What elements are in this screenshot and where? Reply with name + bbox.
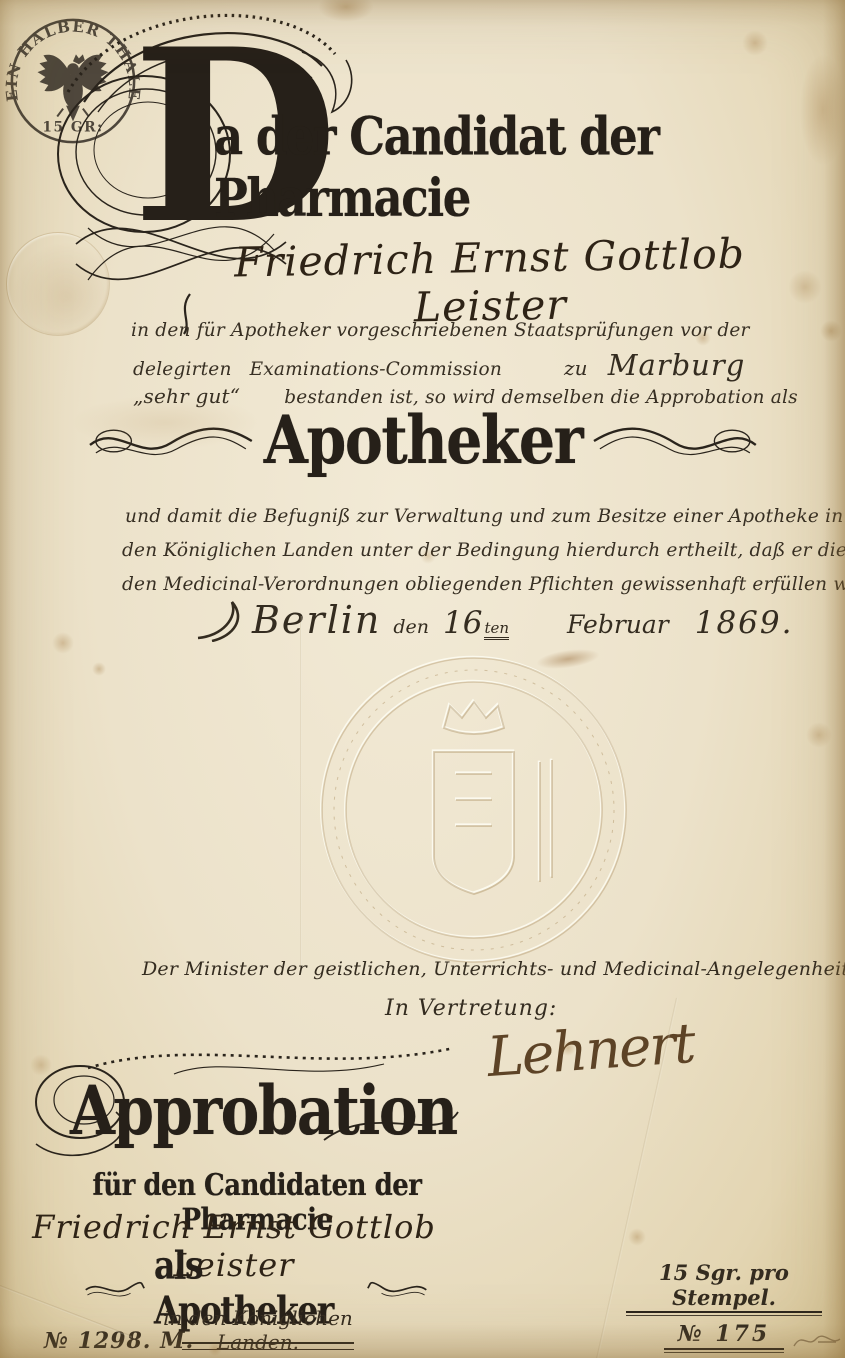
date-month: Februar bbox=[567, 610, 669, 639]
flourish-icon bbox=[196, 598, 250, 642]
body-line: den Königlichen Landen unter der Bedingu… bbox=[122, 540, 845, 561]
date-place: Berlin bbox=[252, 598, 381, 642]
stain bbox=[52, 632, 74, 654]
stain bbox=[628, 1228, 646, 1246]
body-line: delegirten Examinations-Commission zu Ma… bbox=[133, 348, 745, 382]
embossed-royal-seal-icon bbox=[306, 642, 642, 978]
certificate-page: EIN HALBER THALER 15 GR: bbox=[0, 0, 845, 1358]
examination-city: Marburg bbox=[608, 348, 746, 382]
stain bbox=[92, 662, 106, 676]
minister-line: Der Minister der geistlichen, Unterricht… bbox=[142, 958, 845, 980]
document-number: № 1298. M. bbox=[44, 1328, 194, 1354]
fold-crease bbox=[300, 616, 302, 966]
stamp-number: № 175 bbox=[664, 1321, 785, 1350]
date-day: 16 bbox=[443, 605, 482, 641]
grade-quote: „sehr gut“ bbox=[133, 384, 240, 408]
body-word: zu bbox=[564, 356, 588, 380]
main-heading: a der Candidat der Pharmacie bbox=[214, 116, 826, 222]
corner-mark-icon bbox=[792, 1330, 842, 1352]
flourish-right-icon bbox=[366, 1276, 428, 1302]
apotheker-heading-row: Apotheker bbox=[88, 408, 758, 475]
date-prefix: den bbox=[393, 616, 429, 638]
approbation-title: Approbation bbox=[70, 1078, 457, 1146]
body-line: in den für Apotheker vorgeschriebenen St… bbox=[131, 320, 750, 341]
date-day-suffix: ten bbox=[484, 619, 509, 640]
stain bbox=[742, 30, 768, 56]
flourish-left-icon bbox=[88, 419, 254, 465]
approbation-title-text: Approbation bbox=[70, 1071, 457, 1150]
ruled-line bbox=[182, 1342, 354, 1350]
body-word: Examinations-Commission bbox=[250, 359, 502, 380]
dateline: Berlin den 16 ten Februar 1869. bbox=[196, 598, 793, 642]
main-heading-text: a der Candidat der Pharmacie bbox=[214, 106, 826, 229]
stain bbox=[820, 320, 842, 342]
date-year: 1869. bbox=[695, 605, 794, 641]
flourish-right-icon bbox=[592, 419, 758, 465]
body-word: delegirten bbox=[133, 359, 232, 380]
body-line: den Medicinal-Verordnungen obliegenden P… bbox=[122, 574, 845, 595]
signature: Lehnert bbox=[485, 1011, 696, 1089]
stain bbox=[806, 722, 832, 748]
stamp-fee: 15 Sgr. pro Stempel. bbox=[626, 1260, 822, 1313]
apotheker-title: Apotheker bbox=[264, 402, 582, 480]
deputy-line: In Vertretung: bbox=[385, 996, 557, 1021]
flourish-left-icon bbox=[84, 1276, 146, 1302]
body-line: und damit die Befugniß zur Verwaltung un… bbox=[125, 506, 843, 527]
